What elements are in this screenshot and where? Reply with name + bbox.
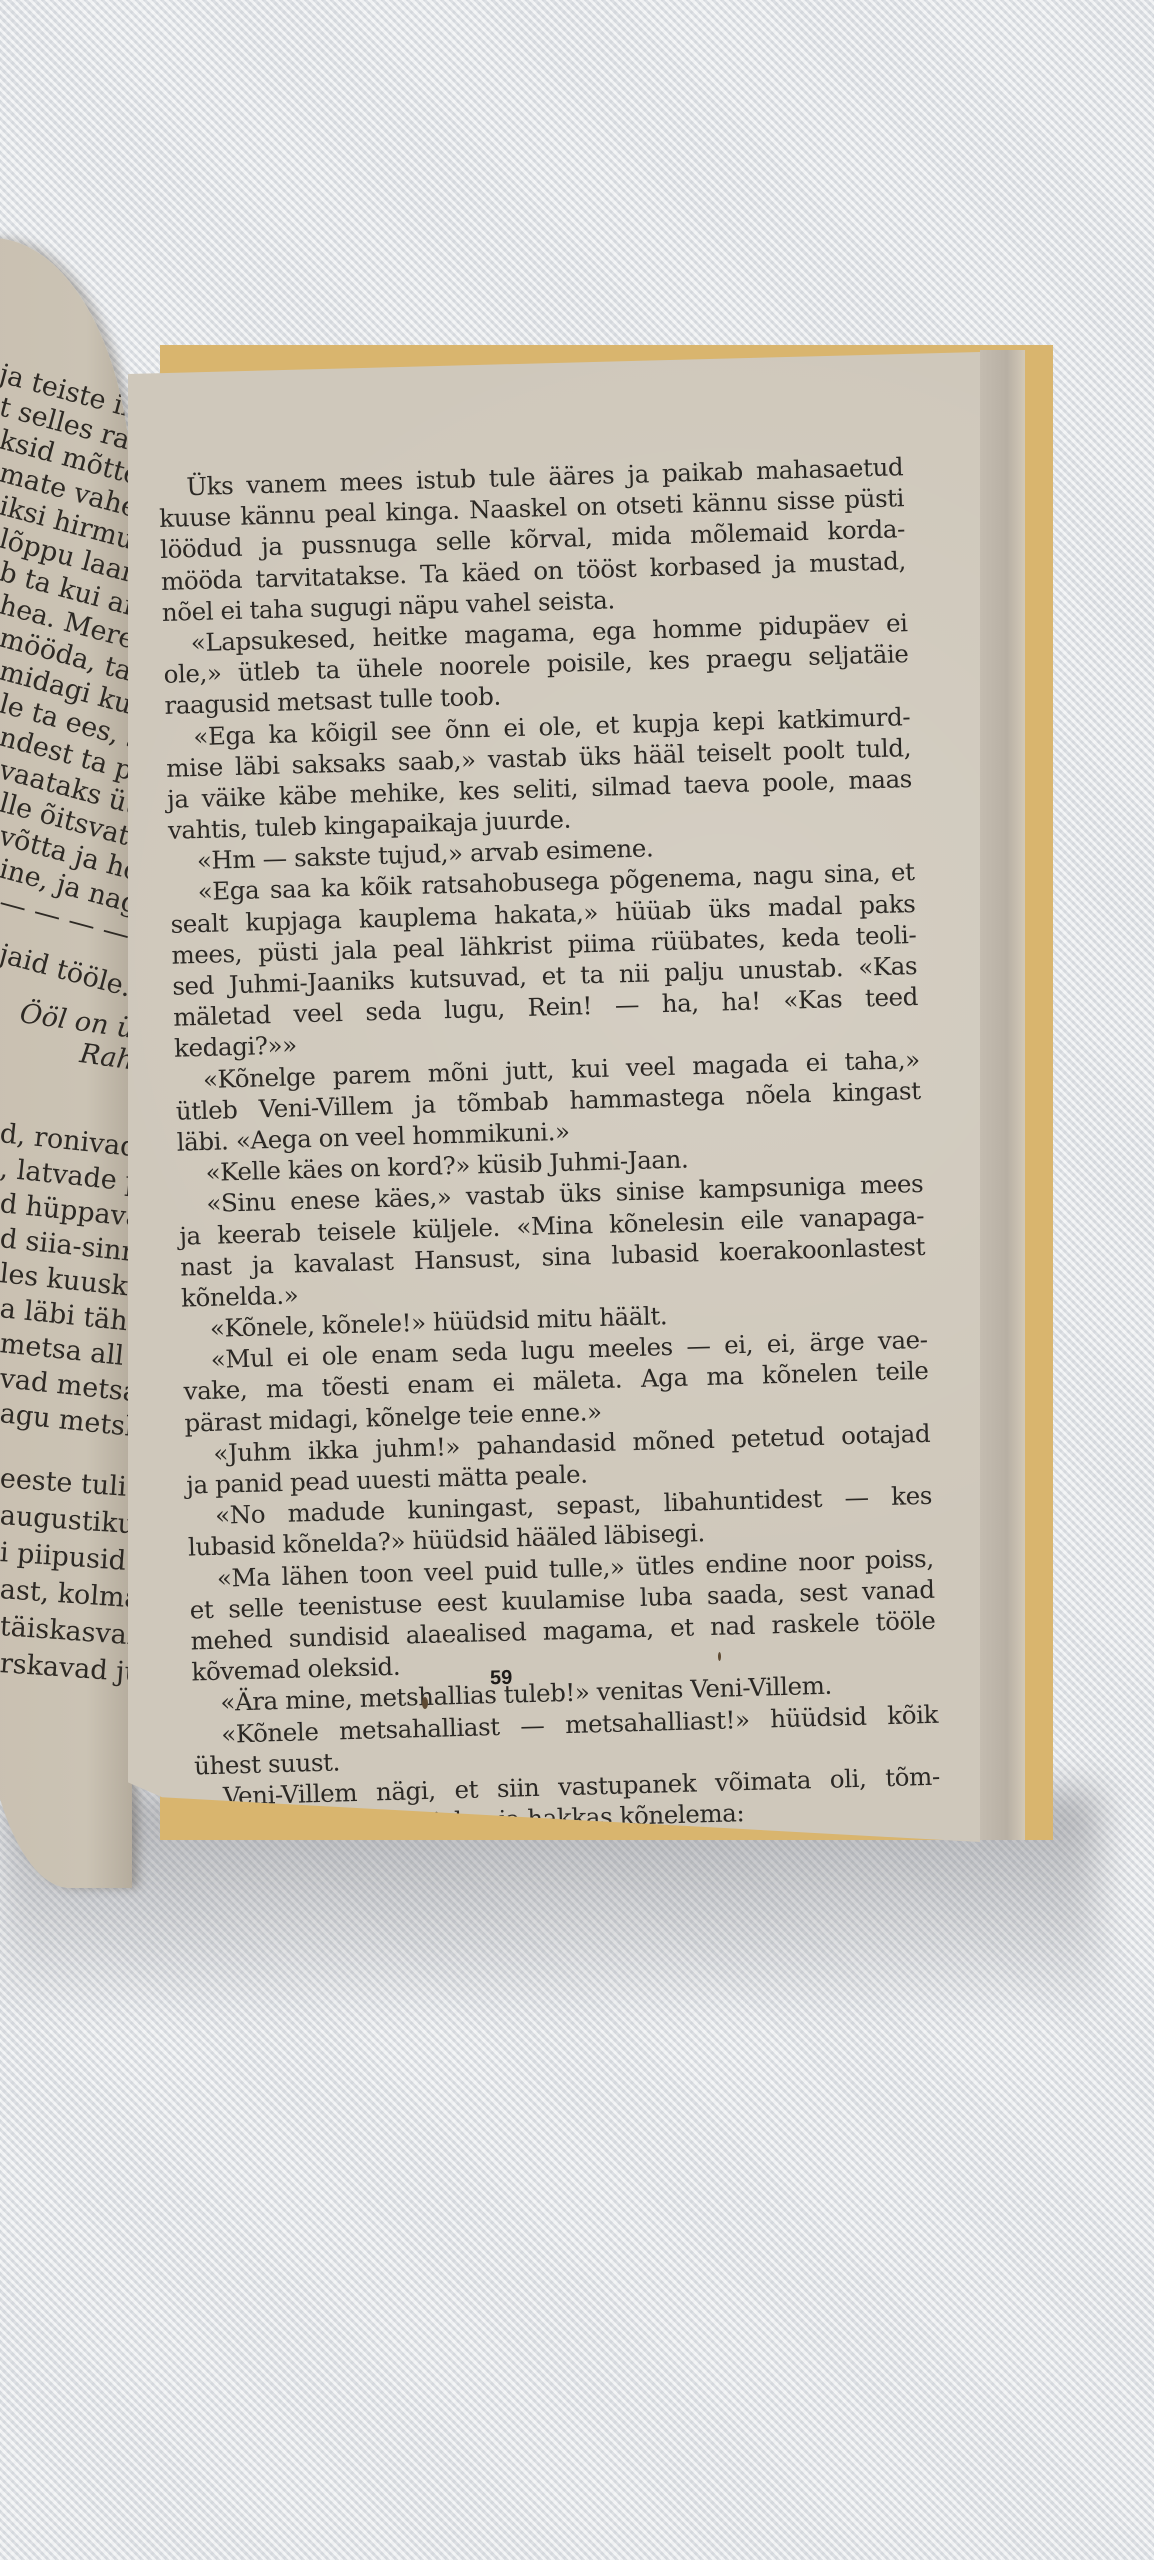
page-number: 59 [490,1667,513,1690]
left-page-text-fragment: agu metski. Hele [0,1398,132,1453]
right-page: Üks vanem mees istub tule ääres ja paika… [128,352,980,1842]
paper-speck [718,1652,721,1661]
page-block-edges [980,350,1025,1840]
left-page-text-fragment: jaid tööle. [0,939,132,1004]
left-page-text-fragment: Rahva [78,1038,132,1081]
paper-speck [422,1697,428,1709]
page-body-text: Üks vanem mees istub tule ääres ja paika… [158,451,941,1842]
left-page-text-fragment: rskavad juba e [0,1648,132,1693]
left-page: ja teiste imelist selles raamatusksid mõ… [0,238,132,1888]
left-page-text-fragment: eeste tuli. [0,1463,132,1503]
